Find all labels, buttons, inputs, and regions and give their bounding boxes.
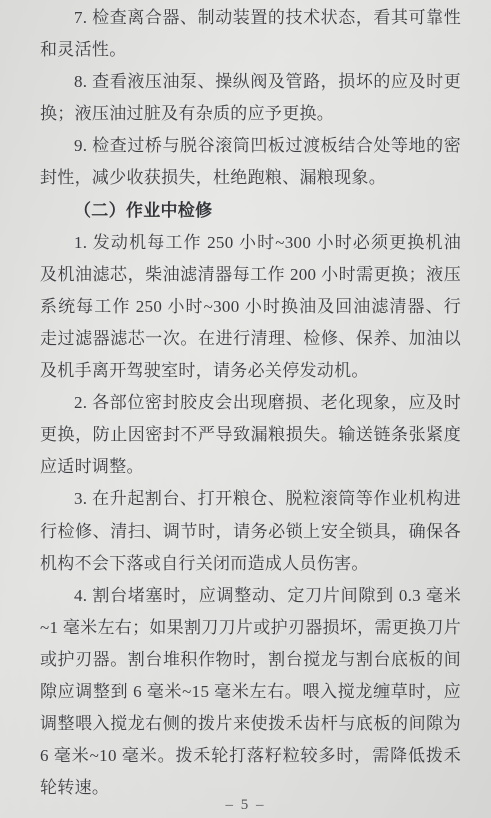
- paragraph-item-1: 1. 发动机每工作 250 小时~300 小时必须更换机油及机油滤芯，柴油滤清器…: [40, 227, 461, 387]
- document-page: 7. 检查离合器、制动装置的技术状态，看其可靠性和灵活性。 8. 查看液压油泵、…: [0, 0, 491, 818]
- paragraph-item-3: 3. 在升起割台、打开粮仓、脱粒滚筒等作业机构进行检修、清扫、调节时，请务必锁上…: [40, 483, 461, 579]
- paragraph-item-4: 4. 割台堵塞时，应调整动、定刀片间隙到 0.3 毫米~1 毫米左右；如果割刀刀…: [40, 580, 461, 805]
- paragraph-item-8: 8. 查看液压油泵、操纵阀及管路，损坏的应及时更换；液压油过脏及有杂质的应予更换…: [40, 66, 461, 130]
- paragraph-item-9: 9. 检查过桥与脱谷滚筒凹板过渡板结合处等地的密封性，减少收获损失，杜绝跑粮、漏…: [40, 130, 461, 194]
- section-heading-operation-maintenance: （二）作业中检修: [40, 195, 461, 227]
- paragraph-item-7: 7. 检查离合器、制动装置的技术状态，看其可靠性和灵活性。: [40, 2, 461, 66]
- page-number: – 5 –: [0, 797, 491, 814]
- paragraph-item-2: 2. 各部位密封胶皮会出现磨损、老化现象，应及时更换，防止因密封不严导致漏粮损失…: [40, 387, 461, 483]
